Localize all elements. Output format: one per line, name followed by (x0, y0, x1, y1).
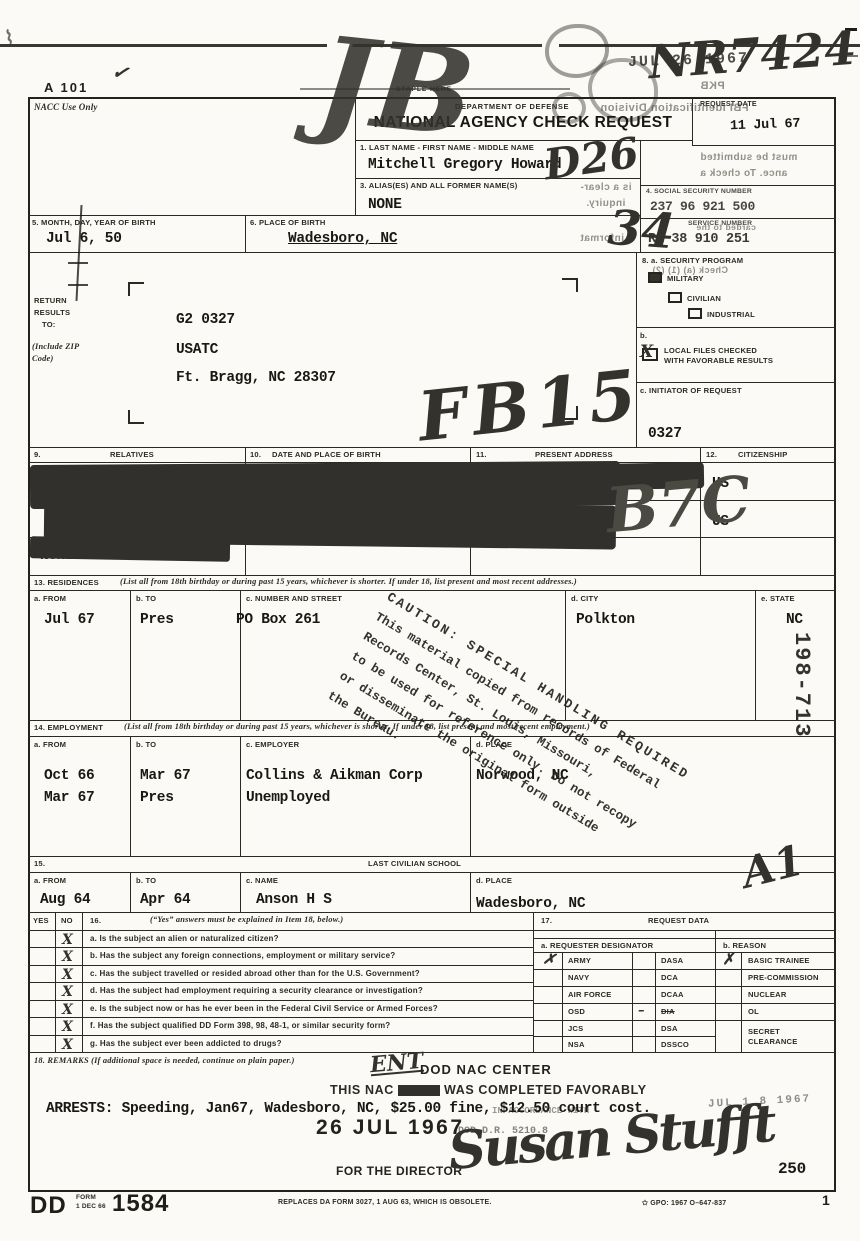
col-to: b. TO (136, 594, 156, 603)
grid-line (533, 969, 836, 970)
question-text: b. Has the subject any foreign connectio… (90, 951, 395, 960)
gpo-note: ✩ GPO: 1967 O–647-837 (642, 1199, 726, 1207)
grid-line (533, 938, 836, 939)
residences-section-note: (List all from 18th birthday or during p… (120, 577, 577, 586)
designator-service: JCS (568, 1024, 583, 1033)
col-employer: c. EMPLOYER (246, 740, 299, 749)
grid-line (28, 1035, 533, 1036)
request-data-num: 17. (541, 916, 552, 925)
reason-option: NUCLEAR (748, 990, 787, 999)
grid-line (533, 1020, 836, 1021)
reason-option: PRE-COMMISSION (748, 973, 819, 982)
grid-line (28, 215, 640, 216)
employment-employer: Unemployed (246, 790, 330, 806)
pen-stroke (68, 262, 88, 264)
grid-line (533, 1003, 836, 1004)
grid-line (130, 736, 131, 856)
grid-line (28, 1017, 533, 1018)
employment-section-title: 14. EMPLOYMENT (34, 723, 103, 732)
designator-service: NAVY (568, 973, 589, 982)
col-name: c. NAME (246, 876, 278, 885)
dob-header: 10. (250, 450, 261, 459)
grid-line (655, 952, 656, 1052)
handwritten-initials: JB (312, 20, 479, 154)
grid-line (28, 947, 533, 948)
grid-line (28, 1052, 836, 1053)
school-to: Apr 64 (140, 892, 190, 908)
designator-agency: DSSCO (661, 1040, 689, 1049)
industrial-checkbox (688, 308, 702, 319)
grid-line (28, 590, 836, 591)
no-answer-mark: X (62, 968, 73, 982)
civilian-checkbox (668, 292, 682, 303)
return-address-line: USATC (176, 342, 218, 358)
reason-option: BASIC TRAINEE (748, 956, 810, 965)
school-from: Aug 64 (40, 892, 90, 908)
col-to: b. TO (136, 740, 156, 749)
bleedthrough-text: carded to the (696, 222, 756, 232)
section-8b-label: b. (640, 331, 647, 340)
local-files-checkmark: X (640, 344, 653, 361)
pen-dash: – (638, 1004, 645, 1017)
no-answer-mark: X (62, 1038, 73, 1052)
return-address-line: G2 0327 (176, 312, 235, 328)
col-state: e. STATE (761, 594, 795, 603)
grid-line (636, 327, 836, 328)
completed-favorably-stamp: THIS NAC WAS COMPLETED FAVORABLY (330, 1083, 647, 1097)
residences-section-title: 13. RESIDENCES (34, 578, 99, 587)
grid-line (245, 215, 246, 252)
scanned-form-page: ⌇ A 101 ✓ STAPLE HERE JB JUL 26 1967 NR7… (0, 0, 860, 1241)
aliases-value: NONE (368, 197, 402, 213)
handwritten-vertical-number: 198-713 (790, 632, 812, 738)
school-section-num: 15. (34, 859, 45, 868)
question-text: a. Is the subject an alien or naturalize… (90, 934, 279, 943)
grid-line (562, 952, 563, 1052)
yes-col-header: YES (33, 916, 49, 925)
grid-line (470, 872, 471, 912)
grid-line (533, 912, 534, 1052)
no-answer-mark: X (62, 1003, 73, 1017)
dob-header: DATE AND PLACE OF BIRTH (272, 450, 381, 459)
handwritten-250: 250 (778, 1160, 806, 1178)
employment-employer: Collins & Aikman Corp (246, 768, 422, 784)
col-street: c. NUMBER AND STREET (246, 594, 342, 603)
request-data-title: REQUEST DATA (648, 916, 709, 925)
grid-line (692, 145, 836, 146)
grid-line (28, 982, 533, 983)
birth-date-value: Jul 6, 50 (46, 231, 122, 247)
civilian-label: CIVILIAN (687, 294, 721, 303)
remarks-label: 18. REMARKS (If additional space is need… (34, 1056, 295, 1065)
grid-line (533, 952, 836, 953)
return-results-label: TO: (42, 320, 56, 329)
page-number: 1 (822, 1192, 830, 1208)
bleedthrough-text: FBI Identification Division (600, 102, 749, 114)
address-bracket (128, 410, 144, 424)
date-received-stamp: 26 JUL 1967 (316, 1116, 465, 1140)
col-to: b. TO (136, 876, 156, 885)
military-checkbox (648, 272, 662, 283)
industrial-label: INDUSTRIAL (707, 310, 755, 319)
bleedthrough-text: must be submitted (700, 152, 797, 163)
reason-label: b. REASON (723, 941, 766, 950)
employment-to: Mar 67 (140, 768, 190, 784)
birth-place-value: Wadesboro, NC (288, 231, 397, 247)
for-the-director-label: FOR THE DIRECTOR (336, 1164, 462, 1178)
form-control-number: A 101 (44, 80, 88, 95)
no-answer-mark: X (62, 1020, 73, 1034)
return-results-label: RETURN (34, 296, 67, 305)
reason-option: SECRET (748, 1027, 780, 1036)
grid-line (28, 1000, 533, 1001)
designator-agency: DIA (661, 1007, 675, 1016)
employment-from: Mar 67 (44, 790, 94, 806)
no-answer-mark: X (62, 933, 73, 947)
handwritten-nr-number: NR7424 (647, 25, 858, 85)
form-word: FORM (76, 1194, 96, 1201)
present-address-header: PRESENT ADDRESS (535, 450, 613, 459)
residence-street: PO Box 261 (236, 612, 320, 628)
designator-agency: DSA (661, 1024, 678, 1033)
requester-designator-label: a. REQUESTER DESIGNATOR (541, 941, 653, 950)
stamp-text: WAS COMPLETED FAVORABLY (444, 1083, 647, 1097)
grid-line (632, 952, 633, 1052)
grid-line (130, 872, 131, 912)
include-zip-note: Code) (32, 354, 53, 363)
address-bracket (128, 282, 144, 296)
no-answer-mark: X (62, 985, 73, 999)
grid-line (28, 872, 836, 873)
stamp-redacted-word (398, 1085, 440, 1096)
grid-line (533, 986, 836, 987)
dod-nac-center-stamp: DOD NAC CENTER (420, 1062, 552, 1077)
school-section-title: LAST CIVILIAN SCHOOL (368, 859, 461, 868)
grid-line (28, 965, 533, 966)
grid-line (130, 590, 131, 720)
employment-to: Pres (140, 790, 174, 806)
initiator-value: 0327 (648, 426, 682, 442)
address-bracket (562, 278, 578, 292)
form-edition-date: 1 DEC 66 (76, 1203, 106, 1210)
local-files-label: WITH FAVORABLE RESULTS (664, 356, 773, 365)
col-city: d. CITY (571, 594, 599, 603)
local-files-label: LOCAL FILES CHECKED (664, 346, 757, 355)
grid-line (741, 952, 742, 1052)
birth-date-label: 5. MONTH, DAY, YEAR OF BIRTH (32, 218, 156, 227)
grid-line (28, 856, 836, 857)
school-place: Wadesboro, NC (476, 896, 585, 912)
school-name: Anson H S (256, 892, 332, 908)
grid-line (28, 575, 836, 576)
designator-agency: DCA (661, 973, 678, 982)
question-text: g. Has the subject ever been addicted to… (90, 1039, 282, 1048)
initiator-label: c. INITIATOR OF REQUEST (640, 386, 742, 395)
reason-option: CLEARANCE (748, 1037, 797, 1046)
question-text: c. Has the subject travelled or resided … (90, 969, 420, 978)
nacc-use-only-label: NACC Use Only (34, 102, 98, 112)
form-number: 1584 (112, 1190, 169, 1218)
grid-line (240, 872, 241, 912)
handwritten-ent: ENT (369, 1050, 424, 1077)
designator-agency: DASA (661, 956, 683, 965)
question-text: e. Is the subject now or has he ever bee… (90, 1004, 438, 1013)
col-from: a. FROM (34, 740, 66, 749)
handwritten-d26: D26 (542, 132, 642, 187)
designator-service: NSA (568, 1040, 585, 1049)
residence-to: Pres (140, 612, 174, 628)
grid-line (28, 252, 836, 253)
request-date-value: 11 Jul 67 (730, 117, 801, 134)
relatives-header: RELATIVES (110, 450, 154, 459)
aliases-label: 3. ALIAS(ES) AND ALL FORMER NAME(S) (360, 181, 517, 190)
designator-agency: DCAA (661, 990, 684, 999)
handwritten-b7c-exemption: B7C (604, 468, 754, 542)
col-from: a. FROM (34, 876, 66, 885)
return-results-label: RESULTS (34, 308, 70, 317)
pen-stroke (68, 284, 88, 286)
birth-place-label: 6. PLACE OF BIRTH (250, 218, 326, 227)
residence-from: Jul 67 (44, 612, 94, 628)
col-from: a. FROM (34, 594, 66, 603)
grid-line (640, 185, 836, 186)
return-address-line: Ft. Bragg, NC 28307 (176, 370, 336, 386)
grid-line (755, 590, 756, 720)
include-zip-note: (Include ZIP (32, 342, 79, 351)
stamp-text: THIS NAC (330, 1083, 394, 1097)
grid-line (636, 382, 836, 383)
residence-city: Polkton (576, 612, 635, 628)
no-answer-mark: X (62, 950, 73, 964)
designator-service: OSD (568, 1007, 585, 1016)
grid-line (240, 590, 241, 720)
replaces-note: REPLACES DA FORM 3027, 1 AUG 63, WHICH I… (278, 1199, 492, 1206)
designator-service: AIR FORCE (568, 990, 612, 999)
question-text: d. Has the subject had employment requir… (90, 986, 423, 995)
reason-option: OL (748, 1007, 759, 1016)
questions-num: 16. (90, 916, 101, 925)
citizenship-header: 12. (706, 450, 717, 459)
question-text: f. Has the subject qualified DD Form 398… (90, 1021, 390, 1030)
ssn-label: 4. SOCIAL SECURITY NUMBER (646, 188, 752, 195)
basic-trainee-check-mark: ✗ (721, 951, 735, 967)
military-label: MILITARY (667, 274, 704, 283)
handwritten-34: 34 (606, 204, 676, 257)
relatives-header: 9. (34, 450, 41, 459)
residence-state: NC (786, 612, 803, 628)
pen-checkmark: ✓ (110, 60, 131, 83)
citizenship-header: CITIZENSHIP (738, 450, 787, 459)
army-check-mark: ✗ (542, 951, 557, 968)
no-col-header: NO (61, 916, 73, 925)
grid-line (28, 912, 836, 913)
grid-line (715, 930, 716, 1052)
designator-service: ARMY (568, 956, 591, 965)
redaction-bar (30, 536, 230, 561)
bleedthrough-text: ance. To check a (700, 168, 787, 179)
dd-form-prefix: DD (30, 1192, 67, 1220)
questions-note: (“Yes” answers must be explained in Item… (150, 915, 343, 924)
col-place: d. PLACE (476, 876, 512, 885)
grid-line (240, 736, 241, 856)
employment-from: Oct 66 (44, 768, 94, 784)
grid-line (533, 1036, 715, 1037)
